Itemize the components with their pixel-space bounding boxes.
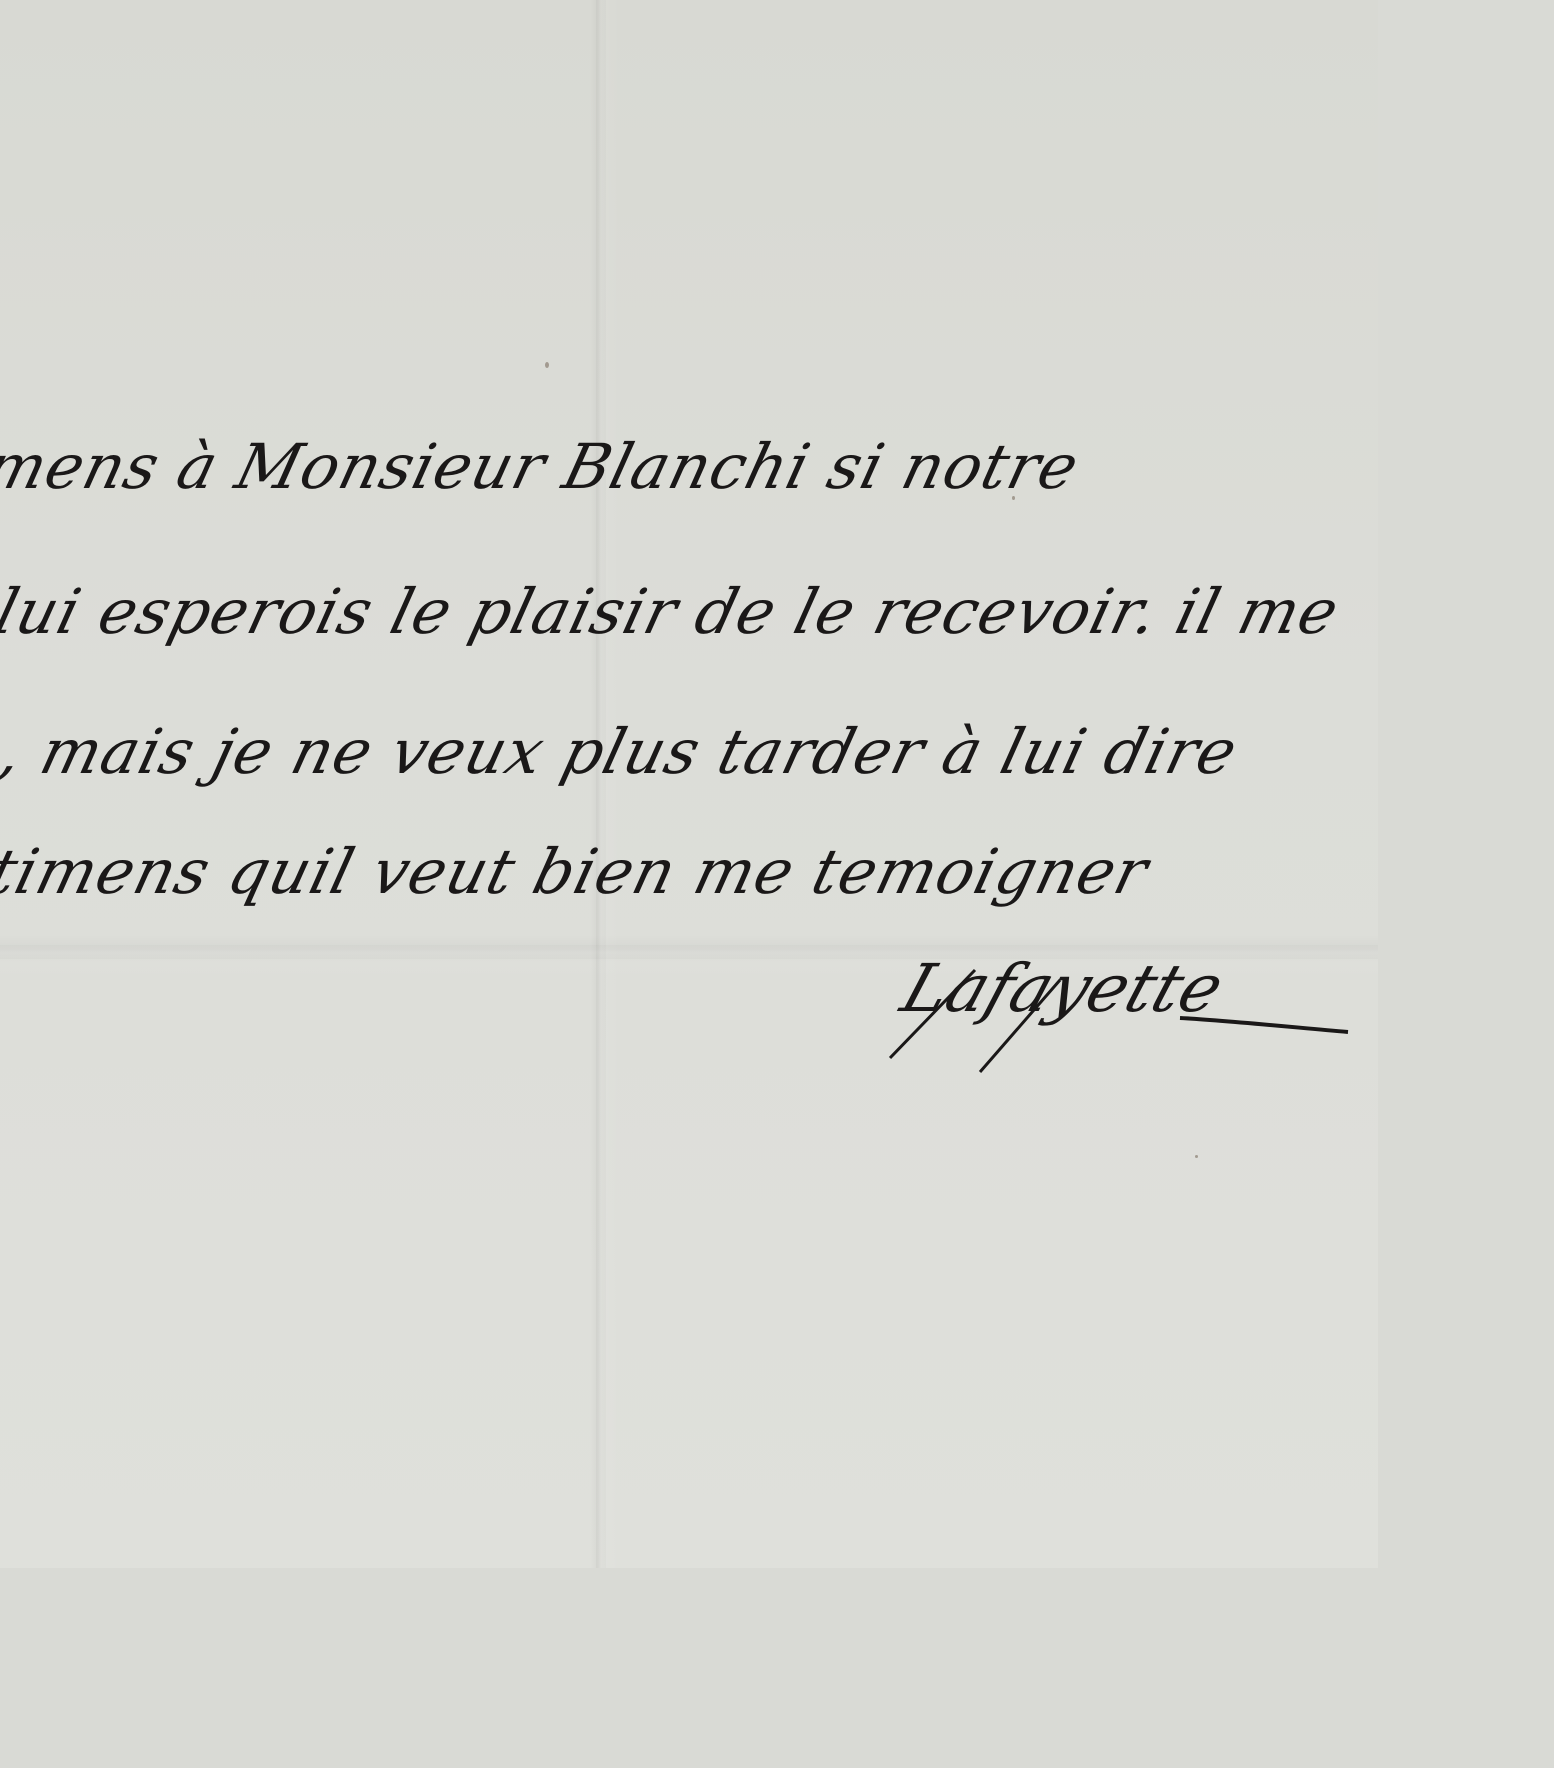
paper-speck [545,362,549,368]
letter-page: mens à Monsieur Blanchi si notre lui esp… [0,0,1378,1568]
letter-line-4: timens quil veut bien me temoigner [0,835,1156,908]
signature-flourish [880,960,1360,1080]
letter-line-1: mens à Monsieur Blanchi si notre [0,430,1087,503]
letter-line-2: lui esperois le plaisir de le recevoir. … [0,575,1347,648]
letter-line-3: , mais je ne veux plus tarder à lui dire [0,715,1245,788]
paper-speck [1195,1155,1198,1158]
